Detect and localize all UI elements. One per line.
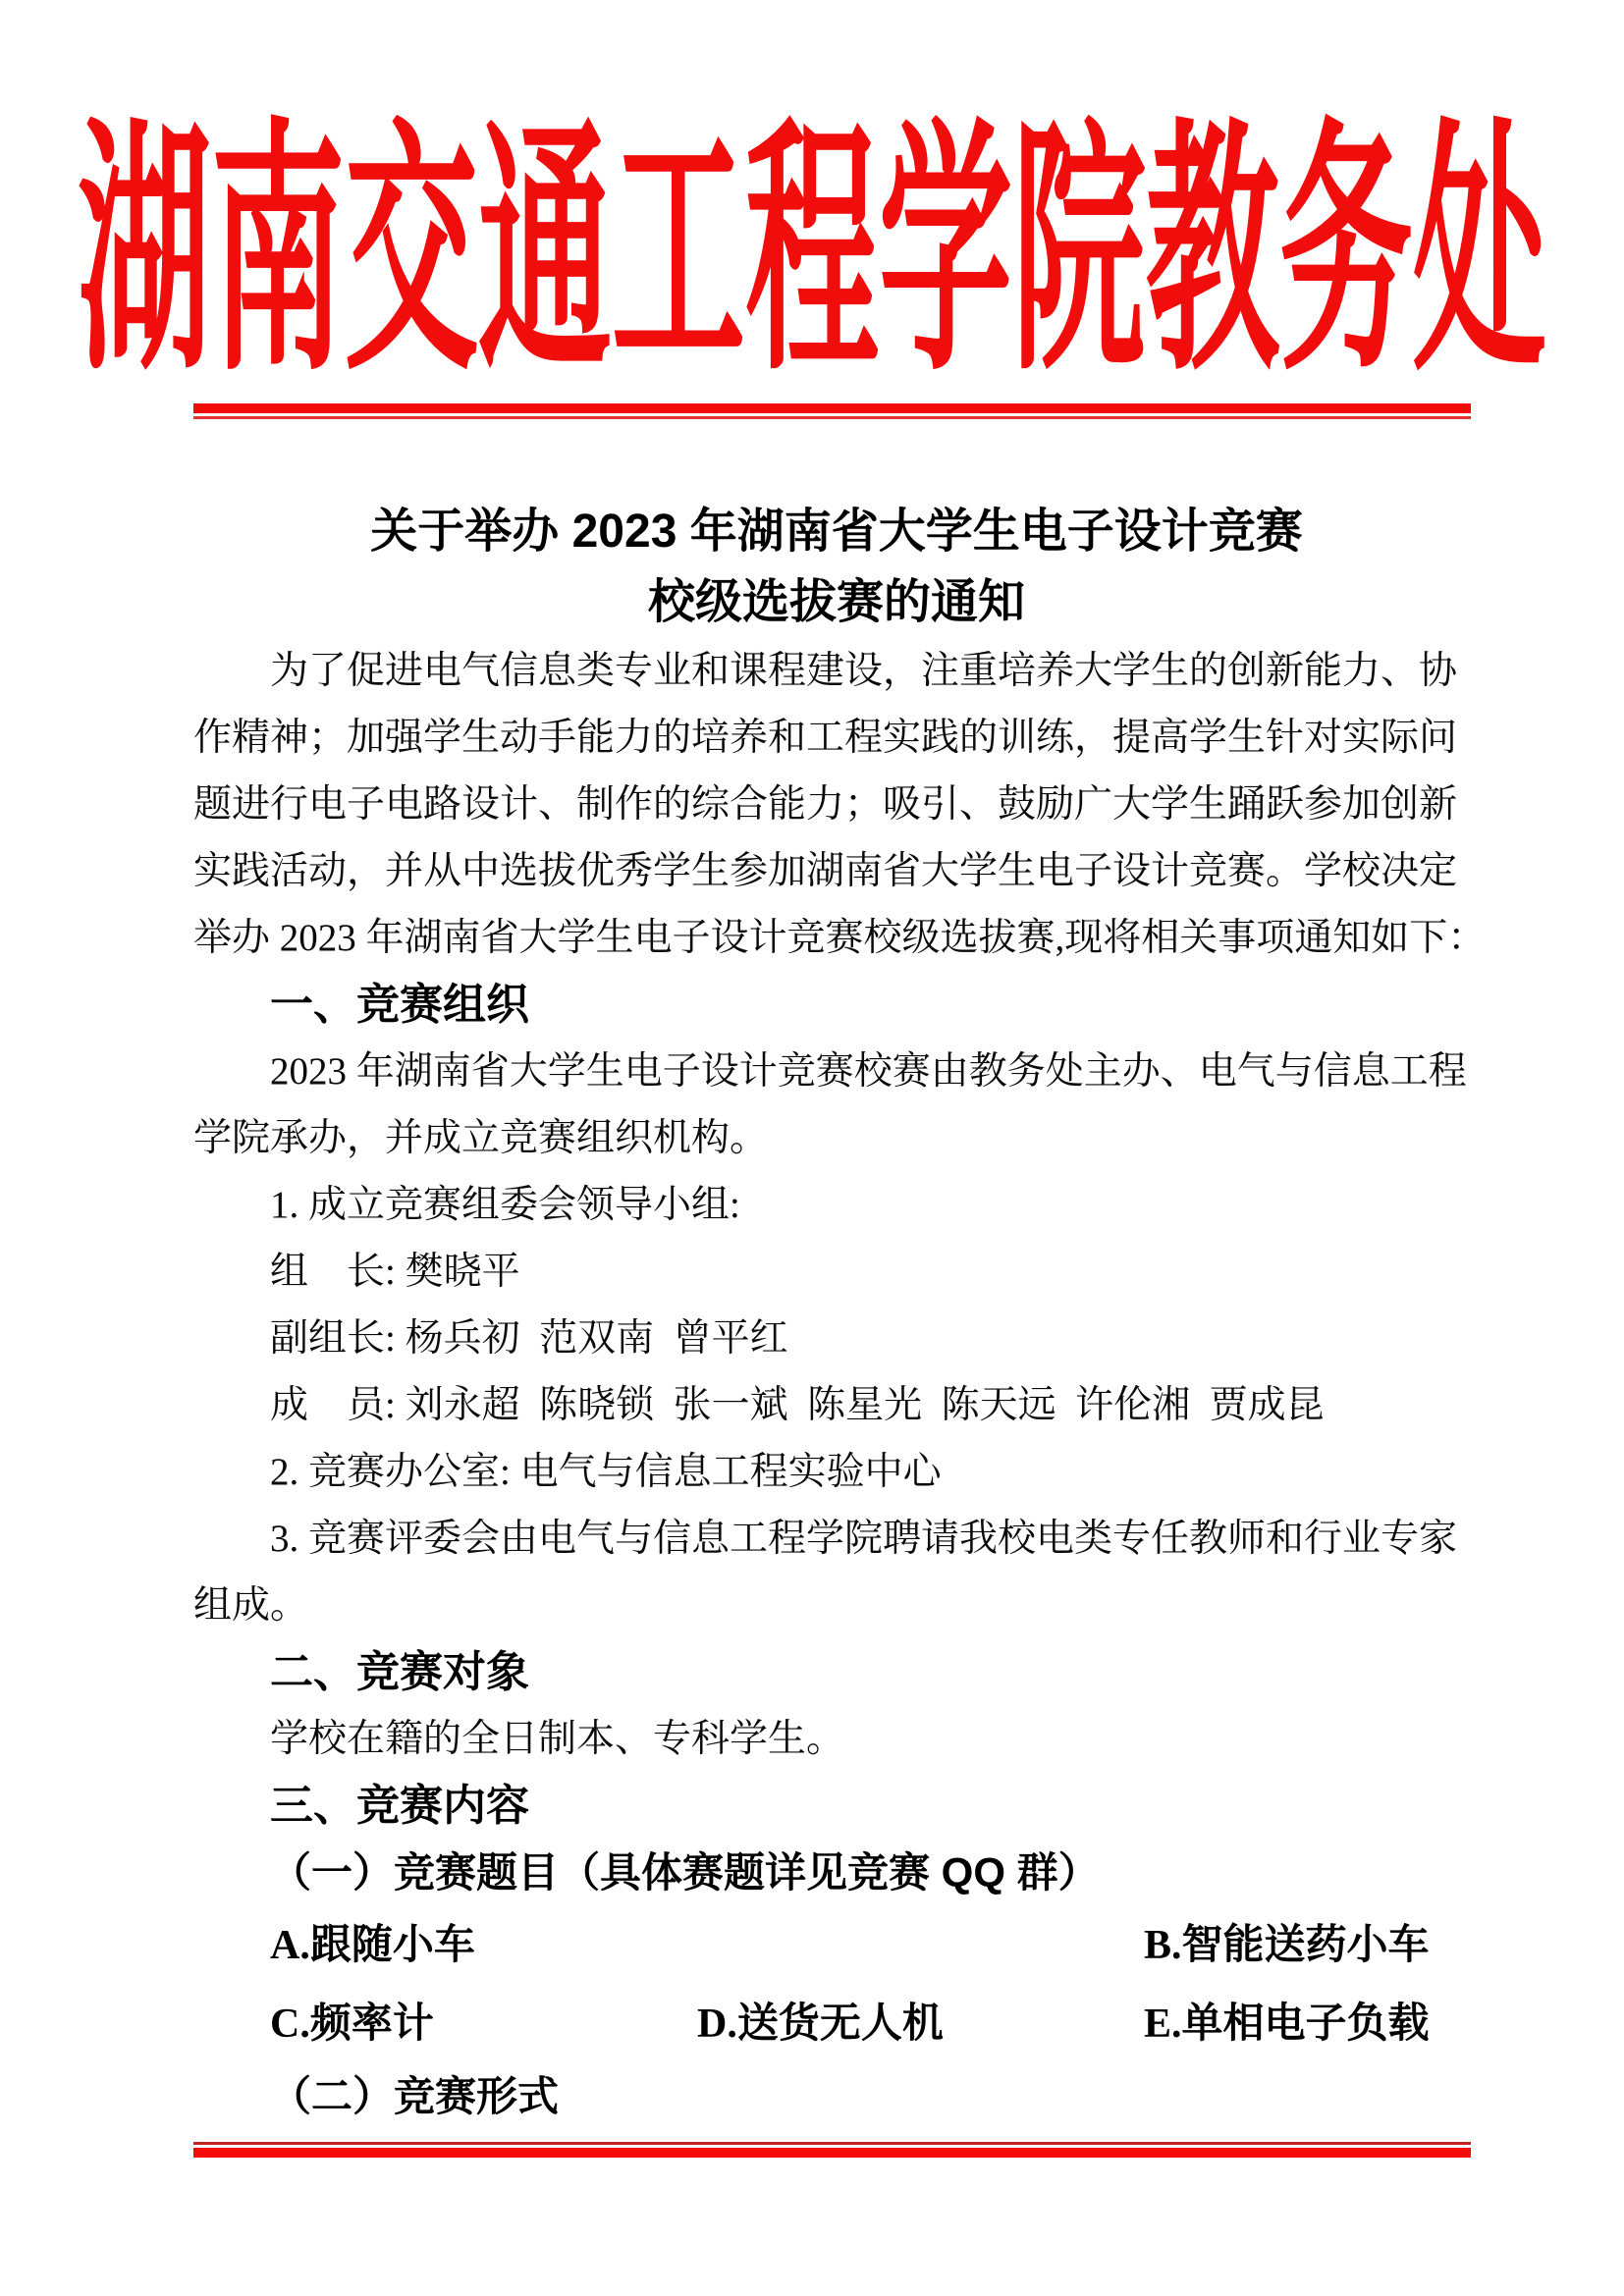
section-1-heading: 一、竞赛组织 [193, 972, 1480, 1039]
intro-line-1: 为了促进电气信息类专业和课程建设，注重培养大学生的创新能力、协 [193, 638, 1480, 705]
section-3-heading: 三、竞赛内容 [193, 1773, 1480, 1840]
section-3-sub-2: （二）竞赛形式 [193, 2063, 1480, 2130]
footer-rule-thick [193, 2148, 1471, 2158]
section-2-body: 学校在籍的全日制本、专科学生。 [193, 1706, 1480, 1773]
topics-row-2: C.频率计 D.送货无人机 E.单相电子负载 [193, 1985, 1480, 2063]
doc-title-line-2: 校级选拔赛的通知 [193, 567, 1480, 638]
deputy-line: 副组长: 杨兵初 范双南 曾平红 [193, 1306, 1480, 1372]
intro-line-3: 题进行电子电路设计、制作的综合能力；吸引、鼓励广大学生踊跃参加创新 [193, 772, 1480, 838]
section-3-sub-1: （一）竞赛题目（具体赛题详见竞赛 QQ 群） [193, 1840, 1480, 1906]
leader-line: 组 长: 樊晓平 [193, 1239, 1480, 1306]
topics-row-1: A.跟随小车 B.智能送药小车 [193, 1906, 1480, 1985]
topic-d: D.送货无人机 [697, 1985, 944, 2063]
footer-rule-thin [193, 2142, 1471, 2145]
section-2-heading: 二、竞赛对象 [193, 1639, 1480, 1706]
topic-b: B.智能送药小车 [1144, 1906, 1430, 1985]
section-1-para-line-2: 学院承办，并成立竞赛组织机构。 [193, 1105, 1480, 1172]
topic-a: A.跟随小车 [270, 1906, 475, 1985]
section-1-item-3-line-2: 组成。 [193, 1573, 1480, 1639]
intro-line-2: 作精神；加强学生动手能力的培养和工程实践的训练，提高学生针对实际问 [193, 705, 1480, 772]
section-1-item-2: 2. 竞赛办公室: 电气与信息工程实验中心 [193, 1439, 1480, 1506]
topic-c: C.频率计 [270, 1985, 434, 2063]
members-line: 成 员: 刘永超 陈晓锁 张一斌 陈星光 陈天远 许伦湘 贾成昆 [193, 1372, 1480, 1439]
notice-document-page: 湖南交通工程学院教务处 关于举办 2023 年湖南省大学生电子设计竞赛 校级选拔… [0, 0, 1624, 2296]
header-rule-thin [193, 416, 1471, 419]
section-1-item-1: 1. 成立竞赛组委会领导小组: [193, 1172, 1480, 1239]
doc-title-line-1: 关于举办 2023 年湖南省大学生电子设计竞赛 [193, 497, 1480, 567]
masthead-title: 湖南交通工程学院教务处 [78, 122, 1546, 389]
topic-e: E.单相电子负载 [1144, 1985, 1430, 2063]
masthead: 湖南交通工程学院教务处 [0, 124, 1624, 387]
intro-line-4: 实践活动，并从中选拔优秀学生参加湖南省大学生电子设计竞赛。学校决定 [193, 838, 1480, 905]
document-body: 关于举办 2023 年湖南省大学生电子设计竞赛 校级选拔赛的通知 为了促进电气信… [193, 497, 1480, 2130]
section-1-item-3-line-1: 3. 竞赛评委会由电气与信息工程学院聘请我校电类专任教师和行业专家 [193, 1506, 1480, 1573]
intro-line-5: 举办 2023 年湖南省大学生电子设计竞赛校级选拔赛,现将相关事项通知如下： [193, 905, 1480, 972]
section-1-para-line-1: 2023 年湖南省大学生电子设计竞赛校赛由教务处主办、电气与信息工程 [193, 1039, 1480, 1105]
header-rule-thick [193, 403, 1471, 413]
